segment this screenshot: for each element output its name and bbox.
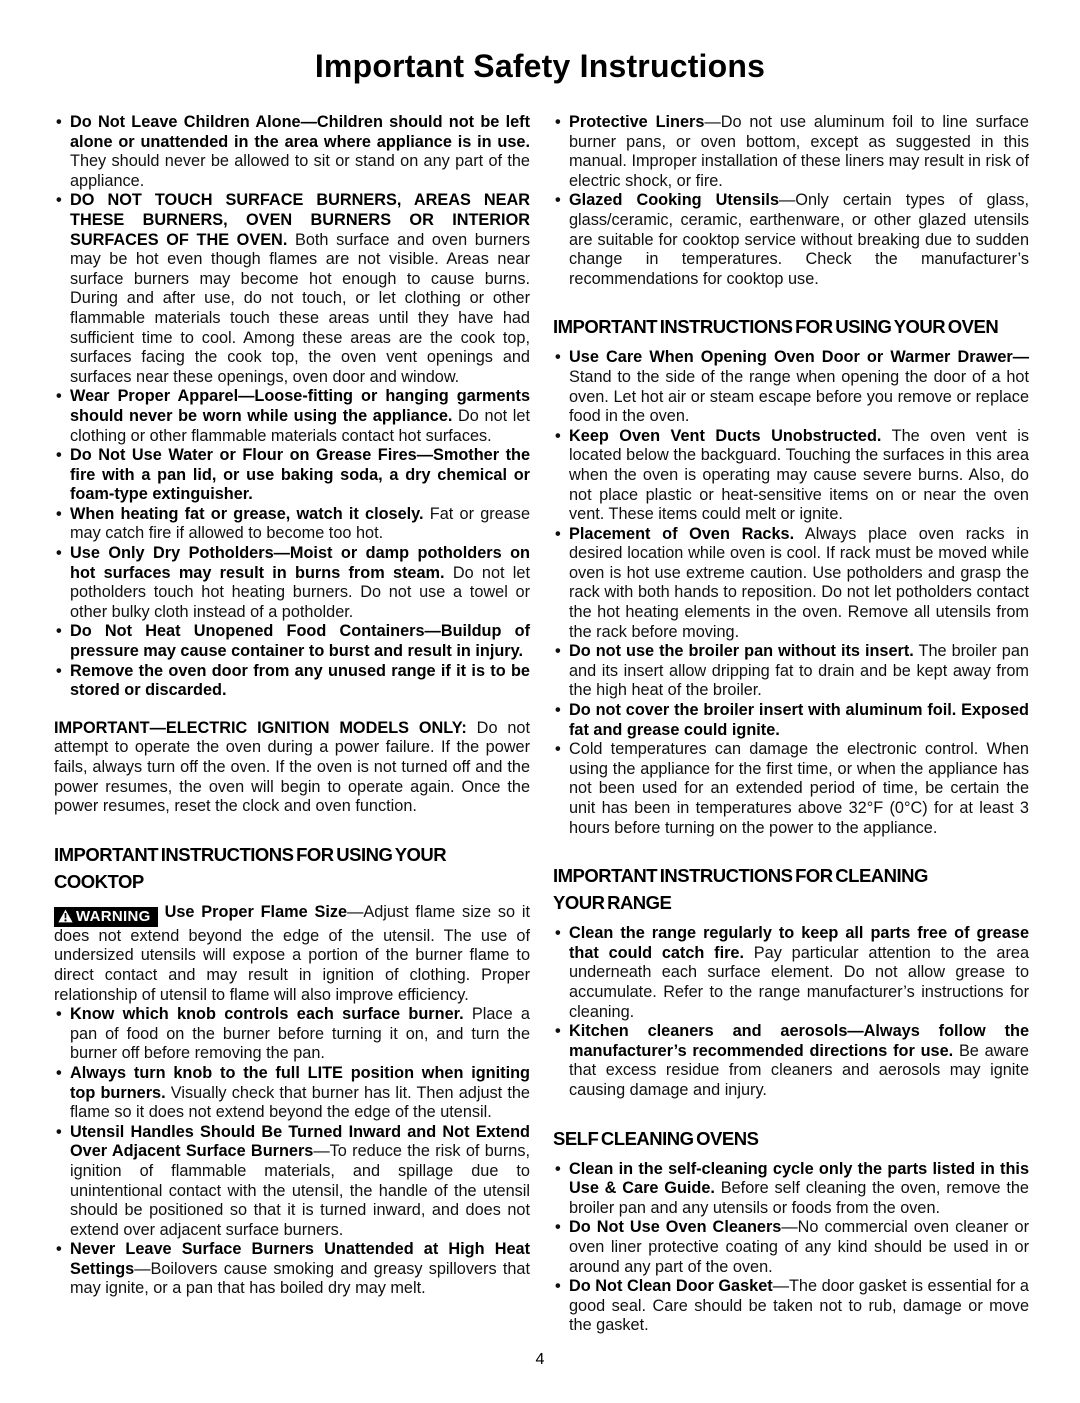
bullet-item: •Use Only Dry Potholders—Moist or damp p… <box>54 544 530 622</box>
two-column-layout: •Do Not Leave Children Alone—Children sh… <box>54 113 1030 1336</box>
bullet-item: •Remove the oven door from any unused ra… <box>54 662 530 701</box>
bullet-marker: • <box>555 642 561 662</box>
bullet-bold-text: When heating fat or grease, watch it clo… <box>70 505 424 523</box>
warning-badge-label: WARNING <box>76 908 151 925</box>
page-number: 4 <box>0 1351 1080 1369</box>
manual-page: Important Safety Instructions •Do Not Le… <box>0 0 1080 1403</box>
bullet-marker: • <box>56 544 62 564</box>
warning-badge: WARNING <box>54 907 158 927</box>
bullet-item: •Do not use the broiler pan without its … <box>553 642 1029 701</box>
warning-triangle-icon <box>58 909 73 923</box>
bullet-marker: • <box>56 1123 62 1143</box>
left-column: •Do Not Leave Children Alone—Children sh… <box>54 113 530 1336</box>
bullet-bold-text: Remove the oven door from any unused ran… <box>70 662 530 700</box>
bullet-bold-text: Do not use the broiler pan without its i… <box>569 642 914 660</box>
bullet-marker: • <box>555 1160 561 1180</box>
bullet-item: •DO NOT TOUCH SURFACE BURNERS, AREAS NEA… <box>54 191 530 387</box>
bullet-bold-text: Glazed Cooking Utensils <box>569 191 779 209</box>
bullet-marker: • <box>555 191 561 211</box>
bullet-body-text: Stand to the side of the range when open… <box>569 368 1029 425</box>
paragraph: IMPORTANT—ELECTRIC IGNITION MODELS ONLY:… <box>54 719 530 817</box>
bullet-bold-text: Do Not Heat Unopened Food Containers—Bui… <box>70 622 530 660</box>
section-heading: SELF CLEANING OVENS <box>553 1125 1029 1152</box>
bullet-item: •Never Leave Surface Burners Unattended … <box>54 1240 530 1299</box>
section-heading-line: IMPORTANT INSTRUCTIONS FOR CLEANING <box>553 862 1029 889</box>
bullet-item: •Wear Proper Apparel—Loose-fitting or ha… <box>54 387 530 446</box>
bullet-item: •Utensil Handles Should Be Turned Inward… <box>54 1123 530 1241</box>
bullet-body-text: —Boilovers cause smoking and greasy spil… <box>70 1260 530 1298</box>
section-heading: IMPORTANT INSTRUCTIONS FOR USING YOURCOO… <box>54 841 530 895</box>
bullet-item: •Glazed Cooking Utensils—Only certain ty… <box>553 191 1029 289</box>
bullet-item: •Use Care When Opening Oven Door or Warm… <box>553 348 1029 426</box>
paragraph-bold-text: IMPORTANT—ELECTRIC IGNITION MODELS ONLY: <box>54 719 467 737</box>
section-heading: IMPORTANT INSTRUCTIONS FOR USING YOUR OV… <box>553 313 1029 340</box>
section-heading-line: IMPORTANT INSTRUCTIONS FOR USING YOUR <box>54 841 530 868</box>
bullet-marker: • <box>555 740 561 760</box>
bullet-bold-text: Protective Liners <box>569 113 704 131</box>
bullet-marker: • <box>555 924 561 944</box>
bullet-bold-text: Keep Oven Vent Ducts Unobstructed. <box>569 427 881 445</box>
bullet-marker: • <box>555 348 561 368</box>
bullet-item: •Protective Liners—Do not use aluminum f… <box>553 113 1029 191</box>
bullet-item: •Keep Oven Vent Ducts Unobstructed. The … <box>553 427 1029 525</box>
bullet-item: •Do Not Heat Unopened Food Containers—Bu… <box>54 622 530 661</box>
bullet-item: •Always turn knob to the full LITE posit… <box>54 1064 530 1123</box>
bullet-marker: • <box>56 662 62 682</box>
bullet-item: •Do Not Use Oven Cleaners—No commercial … <box>553 1218 1029 1277</box>
section-heading-line: YOUR RANGE <box>553 889 1029 916</box>
bullet-marker: • <box>56 622 62 642</box>
bullet-marker: • <box>56 113 62 133</box>
bullet-bold-text: Do Not Use Oven Cleaners <box>569 1218 781 1236</box>
right-column: •Protective Liners—Do not use aluminum f… <box>553 113 1029 1336</box>
bullet-item: •Know which knob controls each surface b… <box>54 1005 530 1064</box>
bullet-marker: • <box>555 427 561 447</box>
bullet-bold-text: Do Not Clean Door Gasket <box>569 1277 773 1295</box>
section-heading: IMPORTANT INSTRUCTIONS FOR CLEANINGYOUR … <box>553 862 1029 916</box>
bullet-marker: • <box>555 1022 561 1042</box>
bullet-item: •Placement of Oven Racks. Always place o… <box>553 525 1029 643</box>
bullet-marker: • <box>555 1218 561 1238</box>
bullet-item: •Do not cover the broiler insert with al… <box>553 701 1029 740</box>
bullet-item: •When heating fat or grease, watch it cl… <box>54 505 530 544</box>
bullet-marker: • <box>56 387 62 407</box>
bullet-bold-text: Use Care When Opening Oven Door or Warme… <box>569 348 1029 366</box>
bullet-item: •Do Not Clean Door Gasket—The door gaske… <box>553 1277 1029 1336</box>
bullet-body-text: Both surface and oven burners may be hot… <box>70 231 530 386</box>
bullet-body-text: They should never be allowed to sit or s… <box>70 152 530 190</box>
bullet-marker: • <box>555 701 561 721</box>
page-title: Important Safety Instructions <box>0 0 1080 85</box>
warning-paragraph: WARNINGUse Proper Flame Size—Adjust flam… <box>54 903 530 1005</box>
bullet-marker: • <box>555 113 561 133</box>
bullet-item: •Cold temperatures can damage the electr… <box>553 740 1029 838</box>
bullet-bold-text: Know which knob controls each surface bu… <box>70 1005 464 1023</box>
bullet-item: •Clean the range regularly to keep all p… <box>553 924 1029 1022</box>
bullet-bold-text: Do not cover the broiler insert with alu… <box>569 701 1029 739</box>
section-heading-line: SELF CLEANING OVENS <box>553 1125 1029 1152</box>
bullet-marker: • <box>56 446 62 466</box>
bullet-item: •Kitchen cleaners and aerosols—Always fo… <box>553 1022 1029 1100</box>
bullet-item: •Do Not Use Water or Flour on Grease Fir… <box>54 446 530 505</box>
bullet-item: •Clean in the self-cleaning cycle only t… <box>553 1160 1029 1219</box>
bullet-marker: • <box>56 191 62 211</box>
paragraph-bold-text: Use Proper Flame Size <box>165 903 347 921</box>
bullet-bold-text: Do Not Use Water or Flour on Grease Fire… <box>70 446 530 503</box>
bullet-marker: • <box>56 1005 62 1025</box>
bullet-bold-text: Placement of Oven Racks. <box>569 525 794 543</box>
bullet-marker: • <box>555 525 561 545</box>
bullet-item: •Do Not Leave Children Alone—Children sh… <box>54 113 530 191</box>
bullet-marker: • <box>56 1064 62 1084</box>
bullet-marker: • <box>56 1240 62 1260</box>
section-heading-line: IMPORTANT INSTRUCTIONS FOR USING YOUR OV… <box>553 313 1029 340</box>
bullet-marker: • <box>56 505 62 525</box>
bullet-body-text: Cold temperatures can damage the electro… <box>569 740 1029 836</box>
section-heading-line: COOKTOP <box>54 868 530 895</box>
bullet-bold-text: Do Not Leave Children Alone—Children sho… <box>70 113 530 151</box>
bullet-marker: • <box>555 1277 561 1297</box>
